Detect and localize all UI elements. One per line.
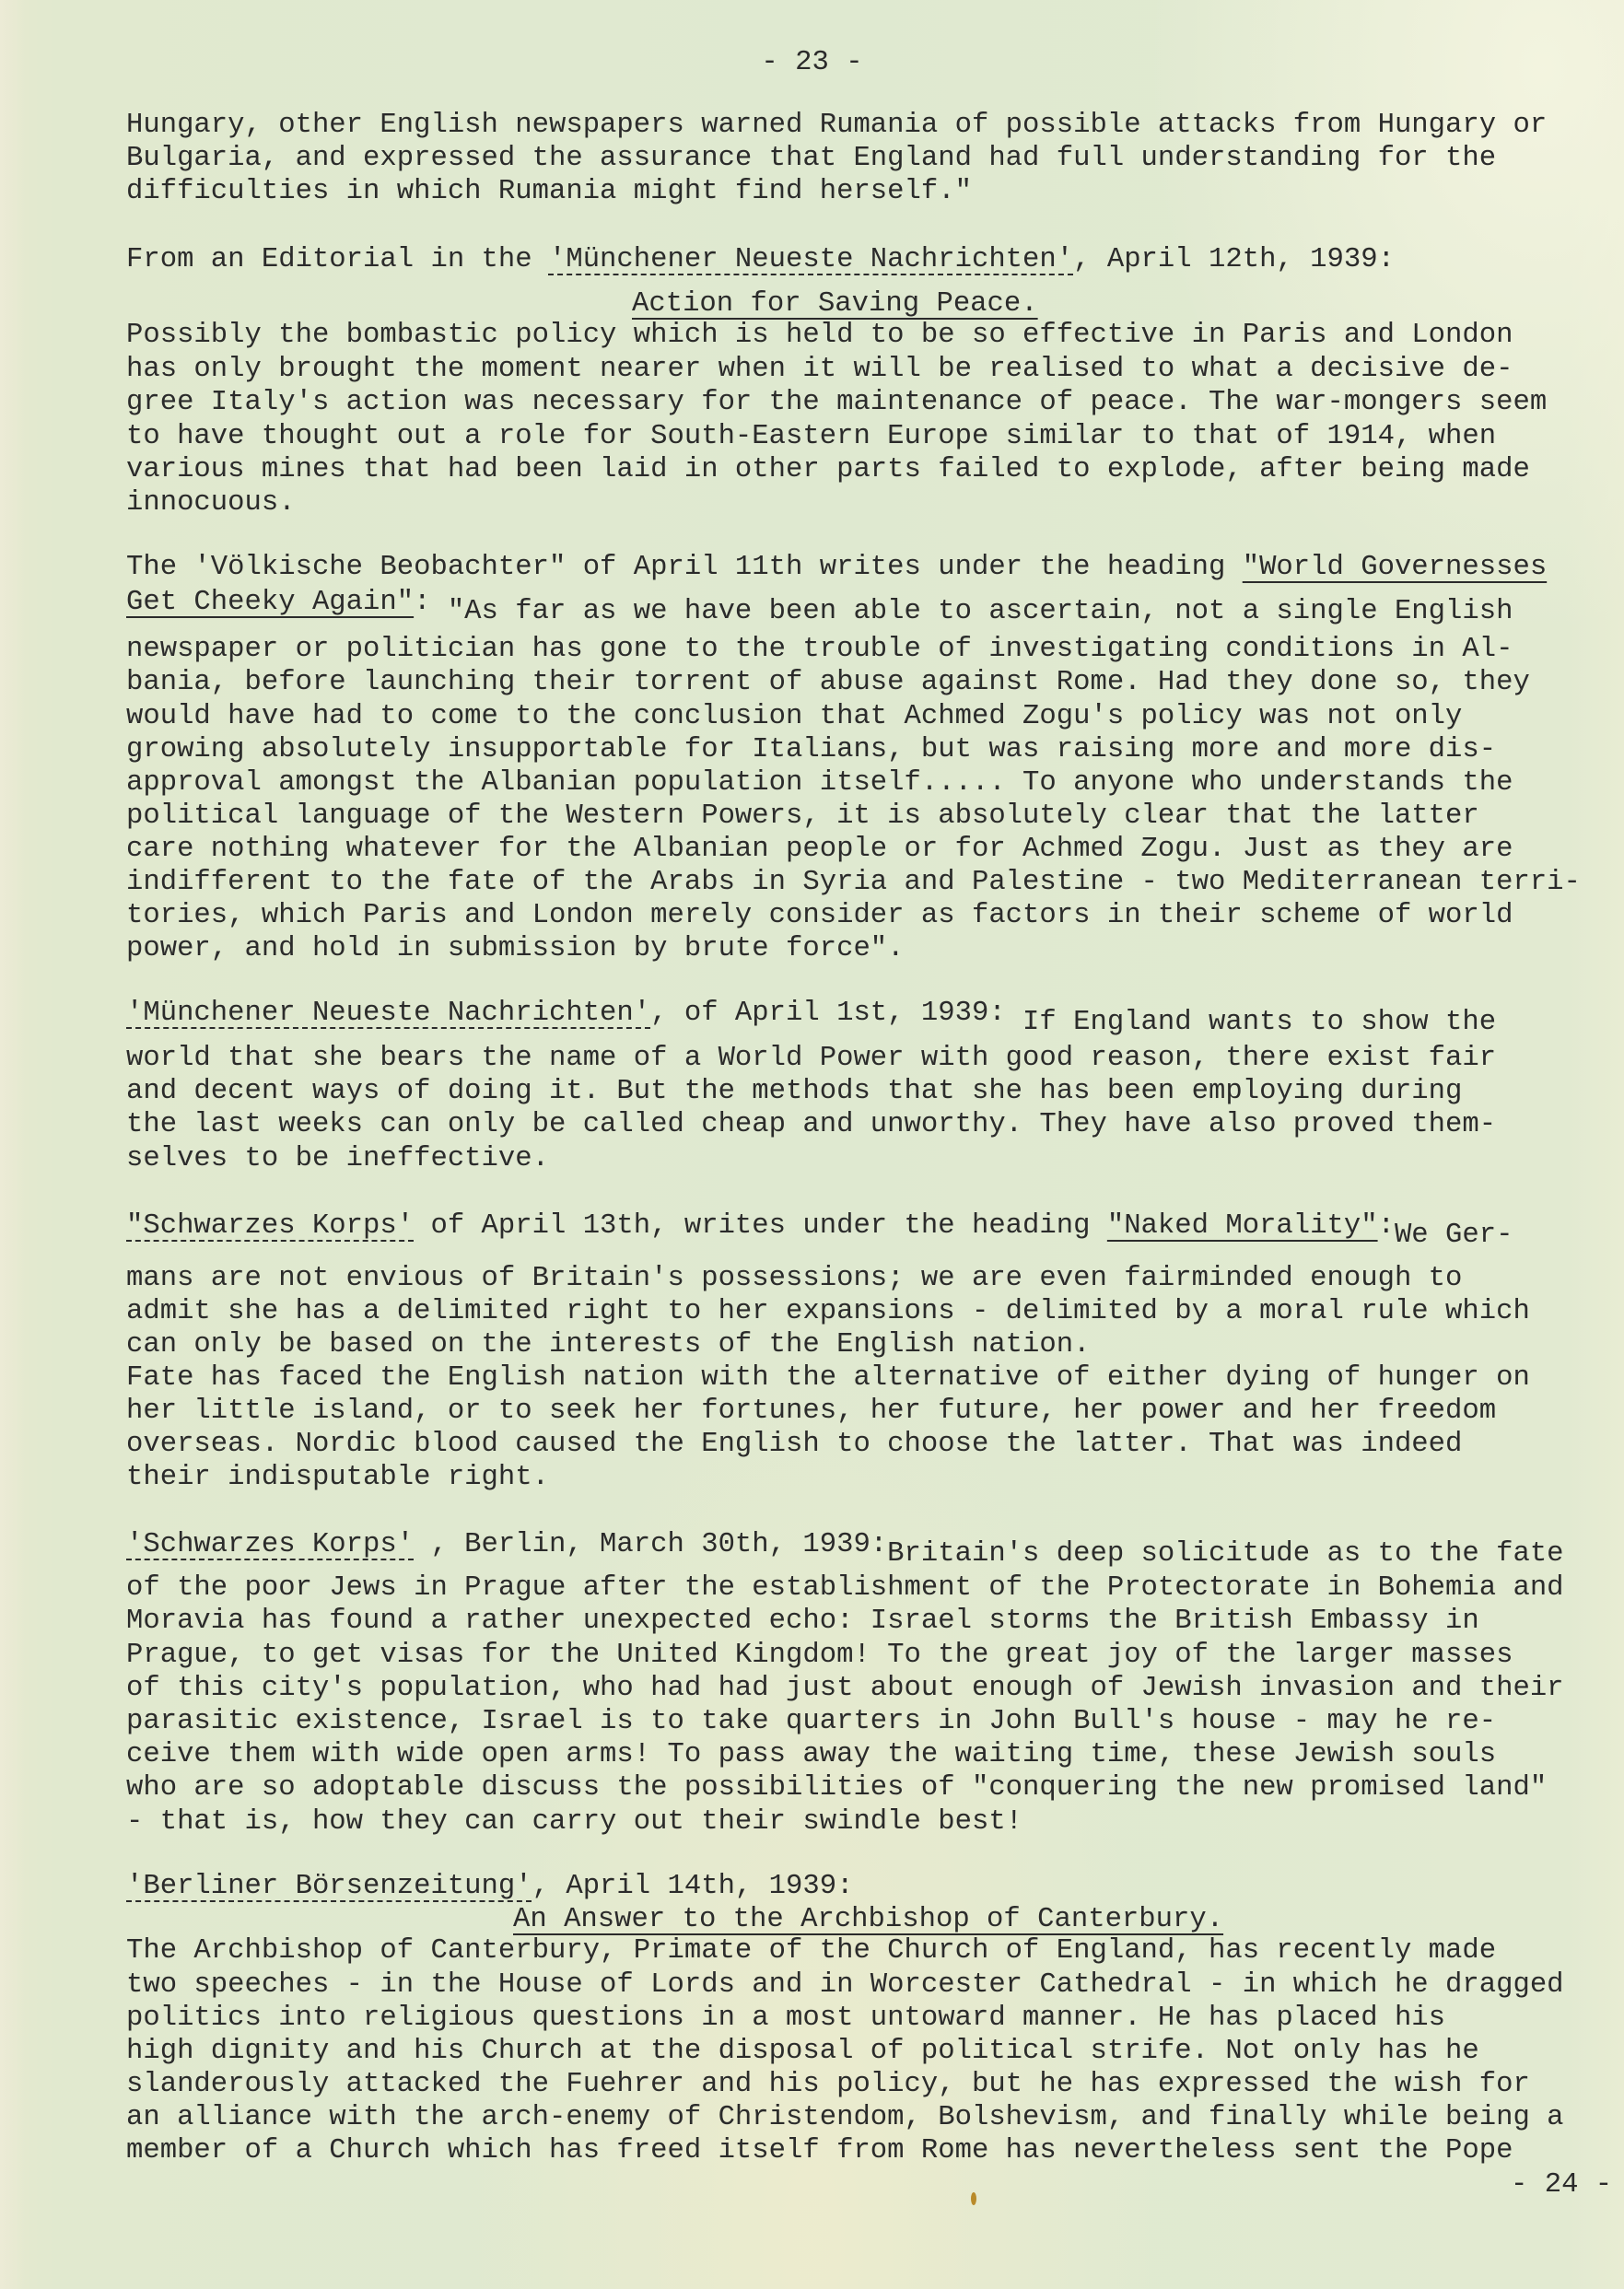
body-line: ceive them with wide open arms! To pass … [126, 1738, 1496, 1771]
body-line: power, and hold in submission by brute f… [126, 932, 905, 965]
body-line: approval amongst the Albanian population… [126, 766, 1513, 800]
body-line: Prague, to get visas for the United King… [126, 1639, 1513, 1672]
body-line: growing absolutely insupportable for Ita… [126, 733, 1496, 766]
newspaper-name: 'Münchener Neueste Nachrichten' [126, 998, 650, 1029]
body-line: political language of the Western Powers… [126, 800, 1479, 833]
article-heading: Get Cheeky Again" [126, 587, 414, 618]
citation-line: The 'Völkische Beobachter" of April 11th… [126, 551, 1547, 584]
page-number-top: - 23 - [0, 46, 1624, 79]
body-line: member of a Church which has freed itsel… [126, 2134, 1513, 2167]
body-line: various mines that had been laid in othe… [126, 453, 1530, 486]
citation-date: , of April 1st, 1939: [650, 998, 1006, 1029]
newspaper-name: 'Berliner Börsenzeitung' [126, 1871, 532, 1902]
body-line: indifferent to the fate of the Arabs in … [126, 866, 1581, 899]
intro-line: difficulties in which Rumania might find… [126, 175, 972, 208]
body-line: of this city's population, who had had j… [126, 1672, 1564, 1705]
body-line: - that is, how they can carry out their … [126, 1805, 1022, 1839]
body-first: Britain's deep solicitude as to the fate [887, 1538, 1563, 1570]
body-line: her little island, or to seek her fortun… [126, 1395, 1496, 1428]
citation-line: 'Münchener Neueste Nachrichten', of Apri… [126, 997, 1496, 1030]
colon: : [1378, 1210, 1395, 1242]
body-line: who are so adoptable discuss the possibi… [126, 1771, 1547, 1804]
ink-stain [971, 2192, 976, 2205]
body-line: slanderously attacked the Fuehrer and hi… [126, 2068, 1530, 2101]
body-line: gree Italy's action was necessary for th… [126, 386, 1547, 419]
body-line: innocuous. [126, 486, 296, 520]
body-line: high dignity and his Church at the dispo… [126, 2035, 1479, 2068]
citation-date: , April 12th, 1939: [1073, 244, 1395, 275]
body-line: parasitic existence, Israel is to take q… [126, 1705, 1496, 1738]
body-line: world that she bears the name of a World… [126, 1042, 1496, 1075]
page-number-bottom: - 24 - [1511, 2168, 1612, 2201]
body-line: overseas. Nordic blood caused the Englis… [126, 1428, 1462, 1461]
citation-middle: of April 13th, writes under the heading [414, 1210, 1107, 1242]
newspaper-name: 'Münchener Neueste Nachrichten' [549, 244, 1073, 275]
headline-text: Action for Saving Peace. [632, 288, 1038, 320]
body-line: newspaper or politician has gone to the … [126, 633, 1513, 666]
citation-line: From an Editorial in the 'Münchener Neue… [126, 243, 1395, 276]
body-line: admit she has a delimited right to her e… [126, 1295, 1530, 1328]
body-line: can only be based on the interests of th… [126, 1328, 1090, 1361]
body-line: politics into religious questions in a m… [126, 2002, 1445, 2035]
body-line: two speeches - in the House of Lords and… [126, 1968, 1564, 2002]
citation-date: , Berlin, March 30th, 1939: [414, 1529, 887, 1560]
body-line: tories, which Paris and London merely co… [126, 899, 1513, 932]
citation-line: 'Schwarzes Korps' , Berlin, March 30th, … [126, 1528, 1564, 1561]
body-line: and decent ways of doing it. But the met… [126, 1075, 1462, 1108]
newspaper-name: "Schwarzes Korps' [126, 1210, 414, 1242]
body-line: mans are not envious of Britain's posses… [126, 1262, 1462, 1295]
body-line: has only brought the moment nearer when … [126, 353, 1513, 386]
body-line: the last weeks can only be called cheap … [126, 1108, 1496, 1141]
body-line: Moravia has found a rather unexpected ec… [126, 1605, 1479, 1638]
newspaper-name: 'Schwarzes Korps' [126, 1529, 414, 1560]
article-heading: "Naked Morality" [1107, 1210, 1378, 1242]
body-line: selves to be ineffective. [126, 1142, 549, 1175]
citation-prefix: From an Editorial in the [126, 244, 549, 275]
body-line: would have had to come to the conclusion… [126, 700, 1462, 733]
body-line: their indisputable right. [126, 1461, 549, 1494]
body-line: The Archbishop of Canterbury, Primate of… [126, 1934, 1496, 1968]
citation-prefix: The 'Völkische Beobachter" of April 11th… [126, 552, 1243, 583]
body-line: of the poor Jews in Prague after the est… [126, 1571, 1564, 1605]
intro-line: Hungary, other English newspapers warned… [126, 109, 1547, 142]
body-line: Fate has faced the English nation with t… [126, 1361, 1530, 1395]
citation-date: , April 14th, 1939: [532, 1871, 854, 1902]
article-headline: An Answer to the Archbishop of Canterbur… [513, 1903, 1223, 1936]
body-line: Possibly the bombastic policy which is h… [126, 319, 1513, 352]
body-first: "As far as we have been able to ascertai… [430, 596, 1513, 627]
body-line: care nothing whatever for the Albanian p… [126, 833, 1513, 866]
article-headline: Action for Saving Peace. [632, 287, 1038, 321]
body-first: If England wants to show the [1006, 1007, 1496, 1038]
citation-line: "Schwarzes Korps' of April 13th, writes … [126, 1209, 1513, 1243]
article-heading: "World Governesses [1243, 552, 1547, 583]
colon: : [414, 587, 430, 618]
intro-line: Bulgaria, and expressed the assurance th… [126, 142, 1496, 175]
body-first: We Ger- [1395, 1220, 1513, 1251]
headline-text: An Answer to the Archbishop of Canterbur… [513, 1904, 1223, 1935]
body-line: an alliance with the arch-enemy of Chris… [126, 2101, 1564, 2134]
paper-edge [0, 0, 26, 2289]
citation-line: Get Cheeky Again": "As far as we have be… [126, 586, 1513, 619]
body-line: to have thought out a role for South-Eas… [126, 420, 1496, 453]
body-line: bania, before launching their torrent of… [126, 666, 1530, 699]
citation-line: 'Berliner Börsenzeitung', April 14th, 19… [126, 1870, 853, 1903]
